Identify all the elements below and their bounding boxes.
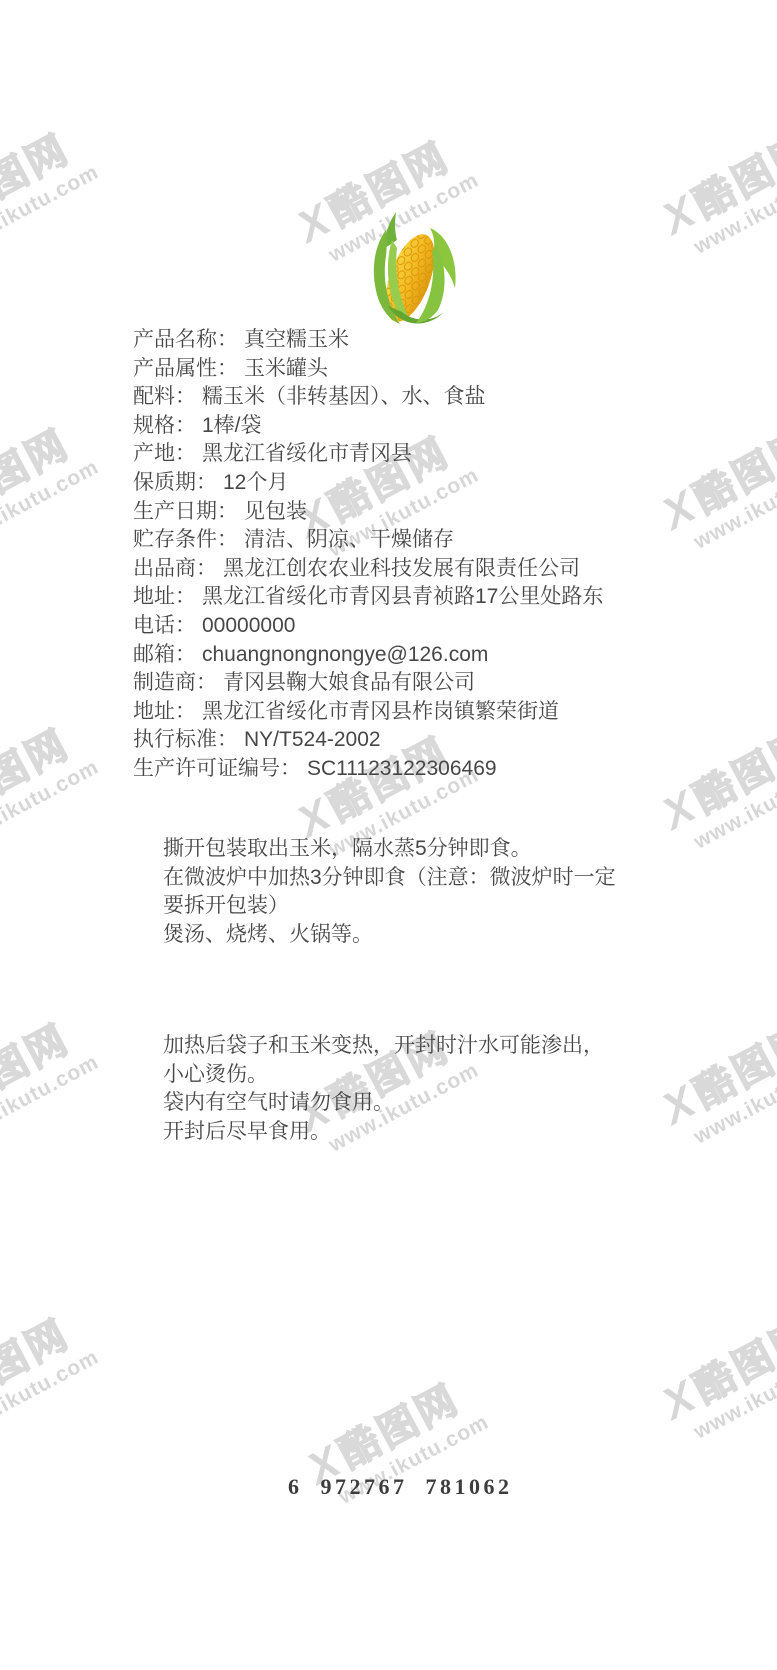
spec-row: 地址：黑龙江省绥化市青冈县柞岗镇繁荣街道 [133,698,603,727]
spec-value: 00000000 [202,614,295,637]
spec-label: 保质期： [133,471,217,494]
corn-illustration [352,210,462,335]
spec-value: 12个月 [223,471,288,494]
spec-label: 产品属性： [133,357,238,380]
watermark-brand: 酷图网 [687,422,777,521]
ikutu-logo-icon: X [654,1076,706,1134]
watermark-brand: 酷图网 [332,1377,467,1476]
spec-row: 配料：糯玉米（非转基因）、水、食盐 [133,383,603,412]
spec-value: NY/T524-2002 [244,728,381,751]
watermark-url: www.ikutu.com [690,1036,777,1149]
product-label-page: X酷图网www.ikutu.comX酷图网www.ikutu.comX酷图网ww… [0,0,777,1670]
instruction-line: 要拆开包装） [163,892,643,921]
spec-value: 黑龙江省绥化市青冈县柞岗镇繁荣街道 [202,700,559,723]
watermark-url: www.ikutu.com [0,146,129,259]
watermark-logo-row: X酷图网 [0,400,117,537]
usage-instructions: 撕开包装取出玉米，隔水蒸5分钟即食。在微波炉中加热3分钟即食（注意：微波炉时一定… [163,835,643,949]
spec-value: 黑龙江创农农业科技发展有限责任公司 [223,557,580,580]
watermark-brand: 酷图网 [687,722,777,821]
watermark-brand: 酷图网 [0,127,77,226]
spec-label: 邮箱： [133,643,196,666]
spec-label: 规格： [133,414,196,437]
ikutu-logo-icon: X [654,1371,706,1429]
spec-value: 真空糯玉米 [244,328,349,351]
watermark-url: www.ikutu.com [690,741,777,854]
spec-label: 出品商： [133,557,217,580]
watermark-brand: 酷图网 [687,127,777,226]
spec-label: 贮存条件： [133,528,238,551]
spec-label: 制造商： [133,671,217,694]
watermark-url: www.ikutu.com [690,1331,777,1444]
ikutu-watermark: X酷图网www.ikutu.com [656,105,777,266]
ikutu-watermark: X酷图网www.ikutu.com [656,1290,777,1451]
spec-label: 地址： [133,700,196,723]
spec-row: 生产许可证编号：SC11123122306469 [133,755,603,784]
spec-row: 贮存条件：清洁、阴凉、干燥储存 [133,526,603,555]
spec-value: chuangnongnongye@126.com [202,643,488,666]
spec-value: 清洁、阴凉、干燥储存 [244,528,454,551]
spec-value: 青冈县鞠大娘食品有限公司 [223,671,475,694]
spec-row: 邮箱：chuangnongnongye@126.com [133,641,603,670]
spec-row: 地址：黑龙江省绥化市青冈县青祯路17公里处路东 [133,583,603,612]
spec-row: 保质期：12个月 [133,469,603,498]
warning-line: 开封后尽早食用。 [163,1118,643,1147]
spec-value: SC11123122306469 [307,757,497,780]
watermark-logo-row: X酷图网 [0,105,117,242]
instruction-line: 在微波炉中加热3分钟即食（注意：微波炉时一定 [163,864,643,893]
watermark-url: www.ikutu.com [0,1036,129,1149]
spec-row: 产品属性：玉米罐头 [133,355,603,384]
watermark-logo-row: X酷图网 [656,1290,777,1427]
corn-icon [352,210,462,335]
ikutu-logo-icon: X [289,194,341,252]
spec-row: 电话：00000000 [133,612,603,641]
spec-label: 执行标准： [133,728,238,751]
spec-row: 出品商：黑龙江创农农业科技发展有限责任公司 [133,555,603,584]
watermark-brand: 酷图网 [0,1017,77,1116]
warning-line: 小心烫伤。 [163,1061,643,1090]
spec-value: 玉米罐头 [244,357,328,380]
spec-value: 糯玉米（非转基因）、水、食盐 [202,385,486,408]
ikutu-watermark: X酷图网www.ikutu.com [656,995,777,1156]
spec-value: 见包装 [244,500,307,523]
ikutu-watermark: X酷图网www.ikutu.com [656,400,777,561]
spec-label: 电话： [133,614,196,637]
barcode-number: 6 972767 781062 [288,1474,513,1500]
watermark-logo-row: X酷图网 [656,700,777,837]
spec-value: 1棒/袋 [202,414,262,437]
watermark-brand: 酷图网 [0,722,77,821]
ikutu-watermark: X酷图网www.ikutu.com [0,1290,129,1451]
watermark-brand: 酷图网 [687,1017,777,1116]
ikutu-logo-icon: X [654,186,706,244]
watermark-logo-row: X酷图网 [0,995,117,1132]
spec-row: 规格：1棒/袋 [133,412,603,441]
watermark-logo-row: X酷图网 [301,1355,507,1492]
product-spec-list: 产品名称：真空糯玉米产品属性：玉米罐头配料：糯玉米（非转基因）、水、食盐规格：1… [133,326,603,784]
watermark-logo-row: X酷图网 [656,105,777,242]
ikutu-watermark: X酷图网www.ikutu.com [0,995,129,1156]
spec-value: 黑龙江省绥化市青冈县青祯路17公里处路东 [202,585,603,608]
warning-notes: 加热后袋子和玉米变热，开封时汁水可能渗出，小心烫伤。袋内有空气时请勿食用。开封后… [163,1032,643,1146]
instruction-line: 撕开包装取出玉米，隔水蒸5分钟即食。 [163,835,643,864]
watermark-logo-row: X酷图网 [0,700,117,837]
ikutu-watermark: X酷图网www.ikutu.com [0,105,129,266]
watermark-url: www.ikutu.com [0,1331,129,1444]
ikutu-watermark: X酷图网www.ikutu.com [0,700,129,861]
ikutu-watermark: X酷图网www.ikutu.com [656,700,777,861]
watermark-url: www.ikutu.com [0,741,129,854]
spec-row: 产地：黑龙江省绥化市青冈县 [133,440,603,469]
spec-label: 生产日期： [133,500,238,523]
watermark-logo-row: X酷图网 [656,995,777,1132]
watermark-brand: 酷图网 [687,1312,777,1411]
spec-label: 地址： [133,585,196,608]
spec-row: 产品名称：真空糯玉米 [133,326,603,355]
watermark-brand: 酷图网 [0,422,77,521]
watermark-url: www.ikutu.com [690,441,777,554]
spec-label: 产品名称： [133,328,238,351]
watermark-logo-row: X酷图网 [0,1290,117,1427]
instruction-line: 煲汤、烧烤、火锅等。 [163,921,643,950]
spec-label: 配料： [133,385,196,408]
ikutu-logo-icon: X [654,481,706,539]
spec-label: 生产许可证编号： [133,757,301,780]
watermark-url: www.ikutu.com [0,441,129,554]
spec-value: 黑龙江省绥化市青冈县 [202,442,412,465]
watermark-url: www.ikutu.com [690,146,777,259]
watermark-logo-row: X酷图网 [656,400,777,537]
watermark-brand: 酷图网 [0,1312,77,1411]
spec-row: 制造商：青冈县鞠大娘食品有限公司 [133,669,603,698]
ikutu-watermark: X酷图网www.ikutu.com [0,400,129,561]
ikutu-logo-icon: X [654,781,706,839]
spec-label: 产地： [133,442,196,465]
warning-line: 袋内有空气时请勿食用。 [163,1089,643,1118]
spec-row: 执行标准：NY/T524-2002 [133,726,603,755]
warning-line: 加热后袋子和玉米变热，开封时汁水可能渗出， [163,1032,643,1061]
spec-row: 生产日期：见包装 [133,498,603,527]
